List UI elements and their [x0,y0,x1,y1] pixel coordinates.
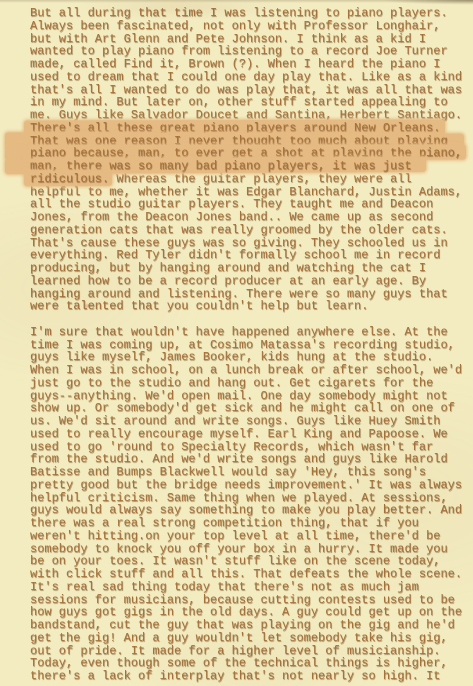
text-segment: there's a lack of interplay that's not n… [30,669,440,683]
document-page: But all during that time I was listening… [0,0,473,686]
paragraph: I'm sure that wouldn't have happened any… [30,326,473,683]
text-segment: were talented that you couldn't help but… [30,299,368,313]
scanned-page: { "page": { "description": "Scanned type… [0,0,473,686]
paragraph: But all during that time I was listening… [30,7,473,313]
typewritten-text: But all during that time I was listening… [30,7,473,683]
text-line: were talented that you couldn't help but… [30,300,473,313]
text-line: there's a lack of interplay that's not n… [30,670,473,683]
highlighted-text: ridiculous. [30,172,109,186]
